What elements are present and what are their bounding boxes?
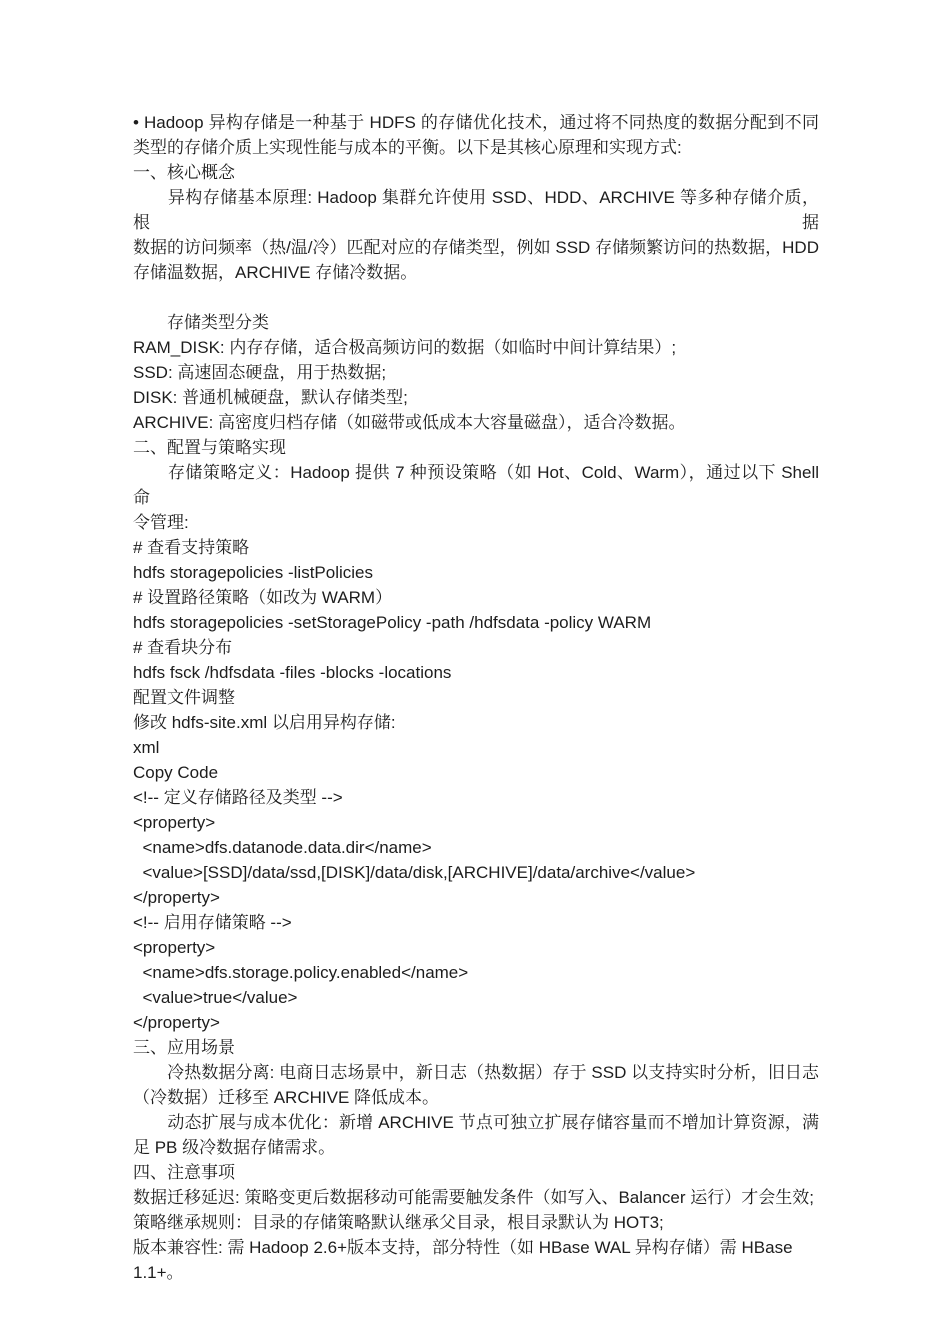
text-line: 存储策略定义：Hadoop 提供 7 种预设策略（如 Hot、Cold、Warm…: [133, 460, 819, 510]
text-line: <value>true</value>: [133, 985, 819, 1010]
text-line: </property>: [133, 885, 819, 910]
text-line: </property>: [133, 1010, 819, 1035]
text-line: <name>dfs.datanode.data.dir</name>: [133, 835, 819, 860]
text-line: hdfs storagepolicies -setStoragePolicy -…: [133, 610, 819, 635]
paragraph: 冷热数据分离: 电商日志场景中，新日志（热数据）存于 SSD 以支持实时分析，旧…: [133, 1060, 819, 1110]
paragraph: # 设置路径策略（如改为 WARM）: [133, 585, 819, 610]
paragraph: # 查看块分布: [133, 635, 819, 660]
text-line: 存储类型分类: [133, 310, 819, 335]
paragraph: <!-- 启用存储策略 -->: [133, 910, 819, 935]
text-line: 版本兼容性: 需 Hadoop 2.6+版本支持，部分特性（如 HBase WA…: [133, 1235, 819, 1285]
paragraph: DISK: 普通机械硬盘，默认存储类型;: [133, 385, 819, 410]
text-line: 二、配置与策略实现: [133, 435, 819, 460]
text-line: <value>[SSD]/data/ssd,[DISK]/data/disk,[…: [133, 860, 819, 885]
text-line: 配置文件调整: [133, 685, 819, 710]
paragraph: # 查看支持策略: [133, 535, 819, 560]
text-line: <property>: [133, 810, 819, 835]
text-line: 一、核心概念: [133, 160, 819, 185]
document-page: • Hadoop 异构存储是一种基于 HDFS 的存储优化技术，通过将不同热度的…: [0, 0, 950, 1341]
paragraph: 数据迁移延迟: 策略变更后数据移动可能需要触发条件（如写入、Balancer 运…: [133, 1185, 819, 1210]
paragraph: 策略继承规则：目录的存储策略默认继承父目录，根目录默认为 HOT3;: [133, 1210, 819, 1235]
paragraph: 修改 hdfs-site.xml 以启用异构存储:: [133, 710, 819, 735]
text-line: 四、注意事项: [133, 1160, 819, 1185]
text-line: 类型的存储介质上实现性能与成本的平衡。以下是其核心原理和实现方式:: [133, 135, 819, 160]
text-line: 冷热数据分离: 电商日志场景中，新日志（热数据）存于 SSD 以支持实时分析，旧…: [133, 1060, 819, 1085]
text-line: <property>: [133, 935, 819, 960]
paragraph: SSD: 高速固态硬盘，用于热数据;: [133, 360, 819, 385]
paragraph: Copy Code: [133, 760, 819, 785]
text-line: hdfs fsck /hdfsdata -files -blocks -loca…: [133, 660, 819, 685]
text-line: Copy Code: [133, 760, 819, 785]
text-line: <name>dfs.storage.policy.enabled</name>: [133, 960, 819, 985]
text-line: RAM_DISK: 内存存储，适合极高频访问的数据（如临时中间计算结果）;: [133, 335, 819, 360]
paragraph: 版本兼容性: 需 Hadoop 2.6+版本支持，部分特性（如 HBase WA…: [133, 1235, 819, 1285]
text-line: 三、应用场景: [133, 1035, 819, 1060]
paragraph: </property>: [133, 1010, 819, 1035]
text-line: 动态扩展与成本优化：新增 ARCHIVE 节点可独立扩展存储容量而不增加计算资源…: [133, 1110, 819, 1135]
paragraph: <name>dfs.datanode.data.dir</name>: [133, 835, 819, 860]
paragraph: ARCHIVE: 高密度归档存储（如磁带或低成本大容量磁盘），适合冷数据。: [133, 410, 819, 435]
paragraph: 四、注意事项: [133, 1160, 819, 1185]
text-line: （冷数据）迁移至 ARCHIVE 降低成本。: [133, 1085, 819, 1110]
document-body: • Hadoop 异构存储是一种基于 HDFS 的存储优化技术，通过将不同热度的…: [133, 110, 819, 1285]
text-line: # 查看支持策略: [133, 535, 819, 560]
paragraph: 存储类型分类: [133, 310, 819, 335]
text-line: <!-- 定义存储路径及类型 -->: [133, 785, 819, 810]
text-line: DISK: 普通机械硬盘，默认存储类型;: [133, 385, 819, 410]
blank-line: [133, 285, 819, 310]
paragraph: <!-- 定义存储路径及类型 -->: [133, 785, 819, 810]
paragraph: 一、核心概念: [133, 160, 819, 185]
text-line: 存储温数据，ARCHIVE 存储冷数据。: [133, 260, 819, 285]
text-line: # 设置路径策略（如改为 WARM）: [133, 585, 819, 610]
paragraph: hdfs storagepolicies -listPolicies: [133, 560, 819, 585]
paragraph: <value>true</value>: [133, 985, 819, 1010]
text-line: • Hadoop 异构存储是一种基于 HDFS 的存储优化技术，通过将不同热度的…: [133, 110, 819, 135]
paragraph: [133, 285, 819, 310]
text-line: 数据的访问频率（热/温/冷）匹配对应的存储类型，例如 SSD 存储频繁访问的热数…: [133, 235, 819, 260]
text-line: 修改 hdfs-site.xml 以启用异构存储:: [133, 710, 819, 735]
text-line: ARCHIVE: 高密度归档存储（如磁带或低成本大容量磁盘），适合冷数据。: [133, 410, 819, 435]
paragraph: 三、应用场景: [133, 1035, 819, 1060]
text-line: hdfs storagepolicies -listPolicies: [133, 560, 819, 585]
paragraph: <property>: [133, 810, 819, 835]
paragraph: <value>[SSD]/data/ssd,[DISK]/data/disk,[…: [133, 860, 819, 885]
text-line: # 查看块分布: [133, 635, 819, 660]
paragraph: hdfs storagepolicies -setStoragePolicy -…: [133, 610, 819, 635]
paragraph: 存储策略定义：Hadoop 提供 7 种预设策略（如 Hot、Cold、Warm…: [133, 460, 819, 535]
paragraph: 二、配置与策略实现: [133, 435, 819, 460]
paragraph: <name>dfs.storage.policy.enabled</name>: [133, 960, 819, 985]
paragraph: <property>: [133, 935, 819, 960]
text-line: SSD: 高速固态硬盘，用于热数据;: [133, 360, 819, 385]
text-line: 足 PB 级冷数据存储需求。: [133, 1135, 819, 1160]
paragraph: 动态扩展与成本优化：新增 ARCHIVE 节点可独立扩展存储容量而不增加计算资源…: [133, 1110, 819, 1160]
text-line: 数据迁移延迟: 策略变更后数据移动可能需要触发条件（如写入、Balancer 运…: [133, 1185, 819, 1210]
paragraph: </property>: [133, 885, 819, 910]
text-line: 策略继承规则：目录的存储策略默认继承父目录，根目录默认为 HOT3;: [133, 1210, 819, 1235]
text-line: xml: [133, 735, 819, 760]
paragraph: hdfs fsck /hdfsdata -files -blocks -loca…: [133, 660, 819, 685]
paragraph: 异构存储基本原理: Hadoop 集群允许使用 SSD、HDD、ARCHIVE …: [133, 185, 819, 285]
text-line: <!-- 启用存储策略 -->: [133, 910, 819, 935]
text-line: 令管理:: [133, 510, 819, 535]
paragraph: 配置文件调整: [133, 685, 819, 710]
paragraph: • Hadoop 异构存储是一种基于 HDFS 的存储优化技术，通过将不同热度的…: [133, 110, 819, 160]
paragraph: RAM_DISK: 内存存储，适合极高频访问的数据（如临时中间计算结果）;: [133, 335, 819, 360]
text-line: 异构存储基本原理: Hadoop 集群允许使用 SSD、HDD、ARCHIVE …: [133, 185, 819, 235]
paragraph: xml: [133, 735, 819, 760]
